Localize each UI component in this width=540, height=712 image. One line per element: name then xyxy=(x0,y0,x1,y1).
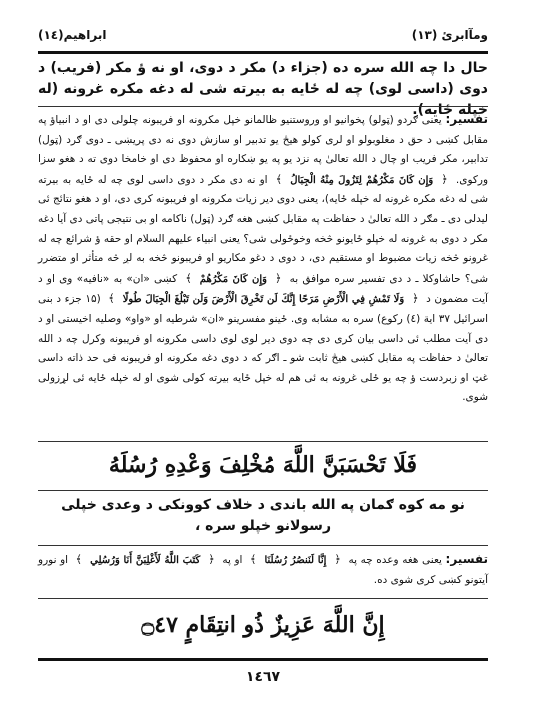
tafsir-text: (۱۵ جزء د بنی اسرائيل ۳۷ اية (٤) رکوع) س… xyxy=(38,293,488,403)
tafsir-label: تفسير: xyxy=(445,112,488,126)
header-rule xyxy=(38,51,488,54)
quran-ayah-heading: فَلَا تَحْسَبَنَّ اللَّهَ مُخْلِفَ وَعْد… xyxy=(38,452,488,478)
ornament-bracket-icon: ﴾ xyxy=(72,553,86,566)
divider xyxy=(38,490,488,491)
tafsir-text: يعنی هغه وعده چه په xyxy=(348,554,441,566)
footer-rule xyxy=(38,658,488,661)
quran-ayah-inline: وَإِن كَانَ مَكْرُهُمْ xyxy=(196,274,271,285)
page-number: ١٤٦٧ xyxy=(38,669,488,685)
header-juz: ومآابرئ (۱۳) xyxy=(412,28,488,42)
tafsir-text: او په xyxy=(222,554,242,566)
quran-ayah-inline: إِنَّا لَنَنصُرُ رُسُلَنَا xyxy=(260,555,330,566)
tafsir-label: تفسير: xyxy=(446,552,489,566)
ornament-bracket-icon: ﴾ xyxy=(181,272,195,285)
quran-ayah-inline: كَتَبَ اللَّهُ لَأَغْلِبَنَّ أَنَا وَرُس… xyxy=(86,555,204,566)
tafsir-text: او نه دی مکر د دوی داسی لوی چه له ځايه ب… xyxy=(38,174,488,285)
divider xyxy=(38,441,488,442)
divider xyxy=(38,545,488,546)
header-surah: ابراهيم(١٤) xyxy=(38,28,106,42)
ornament-bracket-icon: ﴿ xyxy=(271,272,285,285)
page: ومآابرئ (۱۳) ابراهيم(١٤) حال دا چه الله … xyxy=(38,0,488,712)
ornament-bracket-icon: ﴿ xyxy=(437,173,451,186)
divider xyxy=(38,106,488,107)
translation-block-2: نو مه کوه ګمان په الله باندی د خلاف کوون… xyxy=(38,495,488,537)
ornament-bracket-icon: ﴾ xyxy=(104,292,118,305)
tafsir-block-1: تفسير: يعنی ګردو (ټولو) پخوانيو او وروست… xyxy=(38,110,488,408)
divider xyxy=(38,598,488,599)
quran-ayah-inline: وَلَا تَمْشِ فِي الْأَرْضِ مَرَحًا إِنَّ… xyxy=(119,294,408,305)
ornament-bracket-icon: ﴾ xyxy=(272,173,286,186)
quran-ayah-inline: وَإِن كَانَ مَكْرُهُمْ لِتَزُولَ مِنْهُ … xyxy=(286,175,437,186)
ornament-bracket-icon: ﴿ xyxy=(330,553,344,566)
ornament-bracket-icon: ﴿ xyxy=(408,292,422,305)
tafsir-block-2: تفسير: يعنی هغه وعده چه په ﴿إِنَّا لَنَن… xyxy=(38,550,488,590)
ornament-bracket-icon: ﴾ xyxy=(246,553,260,566)
quran-ayah-footer: إِنَّ اللَّهَ عَزِيزٌ ذُو انتِقَامٍ ۝٤٧ xyxy=(38,612,488,638)
running-header: ومآابرئ (۱۳) ابراهيم(١٤) xyxy=(38,28,488,46)
ornament-bracket-icon: ﴿ xyxy=(204,553,218,566)
